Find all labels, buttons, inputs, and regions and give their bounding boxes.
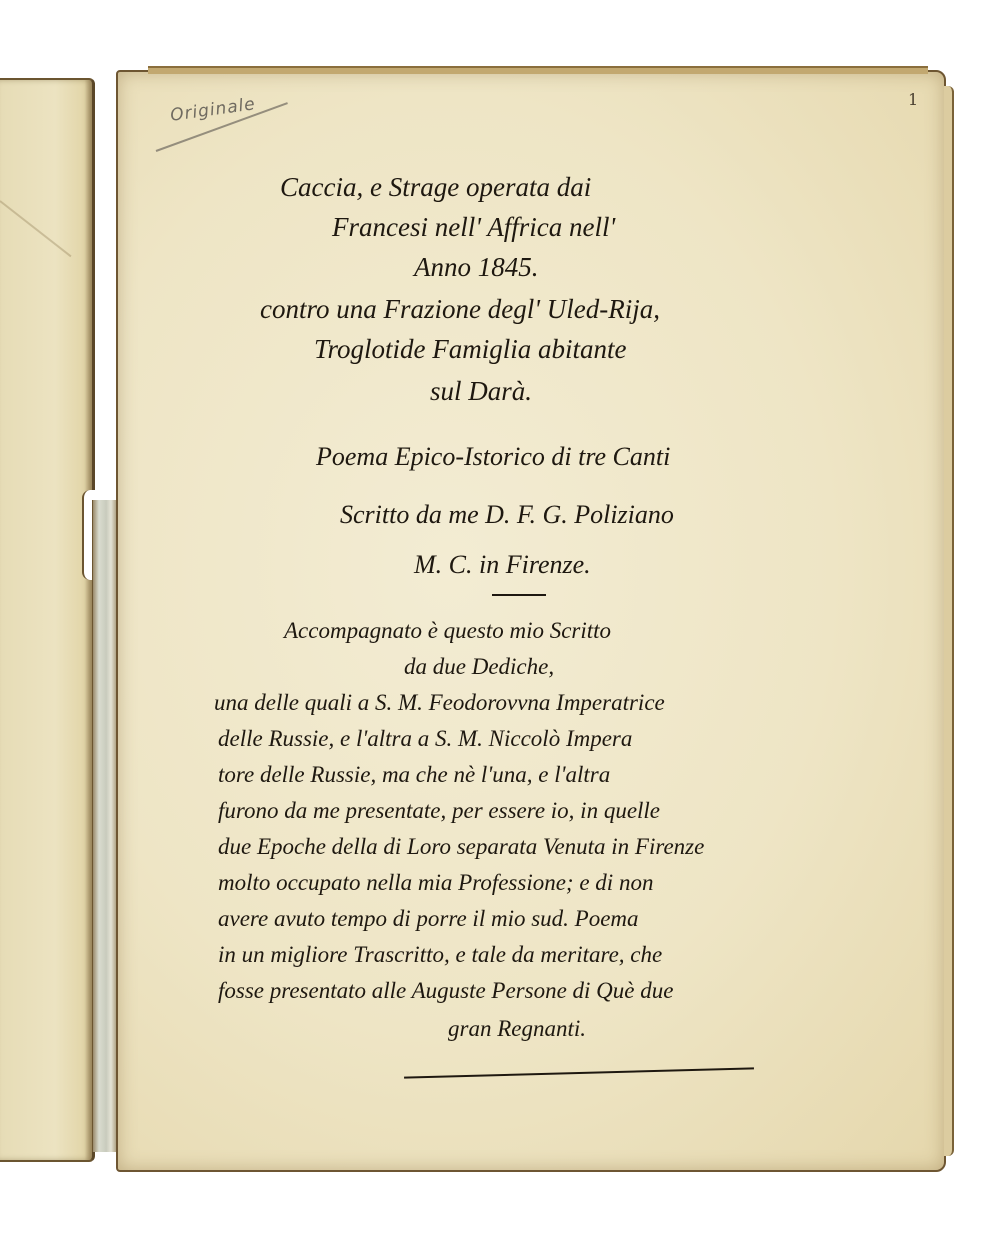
title-line: Troglotide Famiglia abitante bbox=[314, 334, 627, 365]
body-line: delle Russie, e l'altra a S. M. Niccolò … bbox=[218, 726, 632, 752]
body-line: tore delle Russie, ma che nè l'una, e l'… bbox=[218, 762, 610, 788]
title-line: sul Darà. bbox=[430, 376, 532, 407]
subtitle-line: M. C. in Firenze. bbox=[414, 550, 591, 580]
subtitle-line: Poema Epico-Istorico di tre Canti bbox=[316, 442, 670, 472]
body-line: in un migliore Trascritto, e tale da mer… bbox=[218, 942, 662, 968]
page-number: 1 bbox=[908, 90, 918, 109]
title-line: Francesi nell' Affrica nell' bbox=[332, 212, 615, 243]
body-line: fosse presentato alle Auguste Persone di… bbox=[218, 978, 673, 1004]
subtitle-line: Scritto da me D. F. G. Poliziano bbox=[340, 500, 674, 530]
section-divider bbox=[492, 594, 546, 596]
title-line: contro una Frazione degl' Uled-Rija, bbox=[260, 294, 660, 325]
body-line: avere avuto tempo di porre il mio sud. P… bbox=[218, 906, 639, 932]
page-top-edge bbox=[148, 66, 928, 74]
title-line: Anno 1845. bbox=[414, 252, 539, 283]
spine-gap bbox=[100, 78, 114, 498]
body-line: Accompagnato è questo mio Scritto bbox=[284, 618, 611, 644]
title-line: Caccia, e Strage operata dai bbox=[280, 172, 591, 203]
page-right-edge bbox=[944, 86, 954, 1156]
book-spine bbox=[92, 500, 118, 1152]
body-line: furono da me presentate, per essere io, … bbox=[218, 798, 660, 824]
closing-rule bbox=[404, 1067, 754, 1078]
page-crease bbox=[0, 200, 72, 257]
body-line: una delle quali a S. M. Feodorovvna Impe… bbox=[214, 690, 665, 716]
manuscript-page: 1 Originale Caccia, e Strage operata dai… bbox=[116, 70, 946, 1172]
body-line: da due Dediche, bbox=[404, 654, 554, 680]
pencil-annotation: Originale bbox=[169, 94, 257, 126]
body-line: molto occupato nella mia Professione; e … bbox=[218, 870, 653, 896]
body-line: due Epoche della di Loro separata Venuta… bbox=[218, 834, 704, 860]
body-line: gran Regnanti. bbox=[448, 1016, 586, 1042]
left-page-fragment bbox=[0, 78, 95, 1162]
